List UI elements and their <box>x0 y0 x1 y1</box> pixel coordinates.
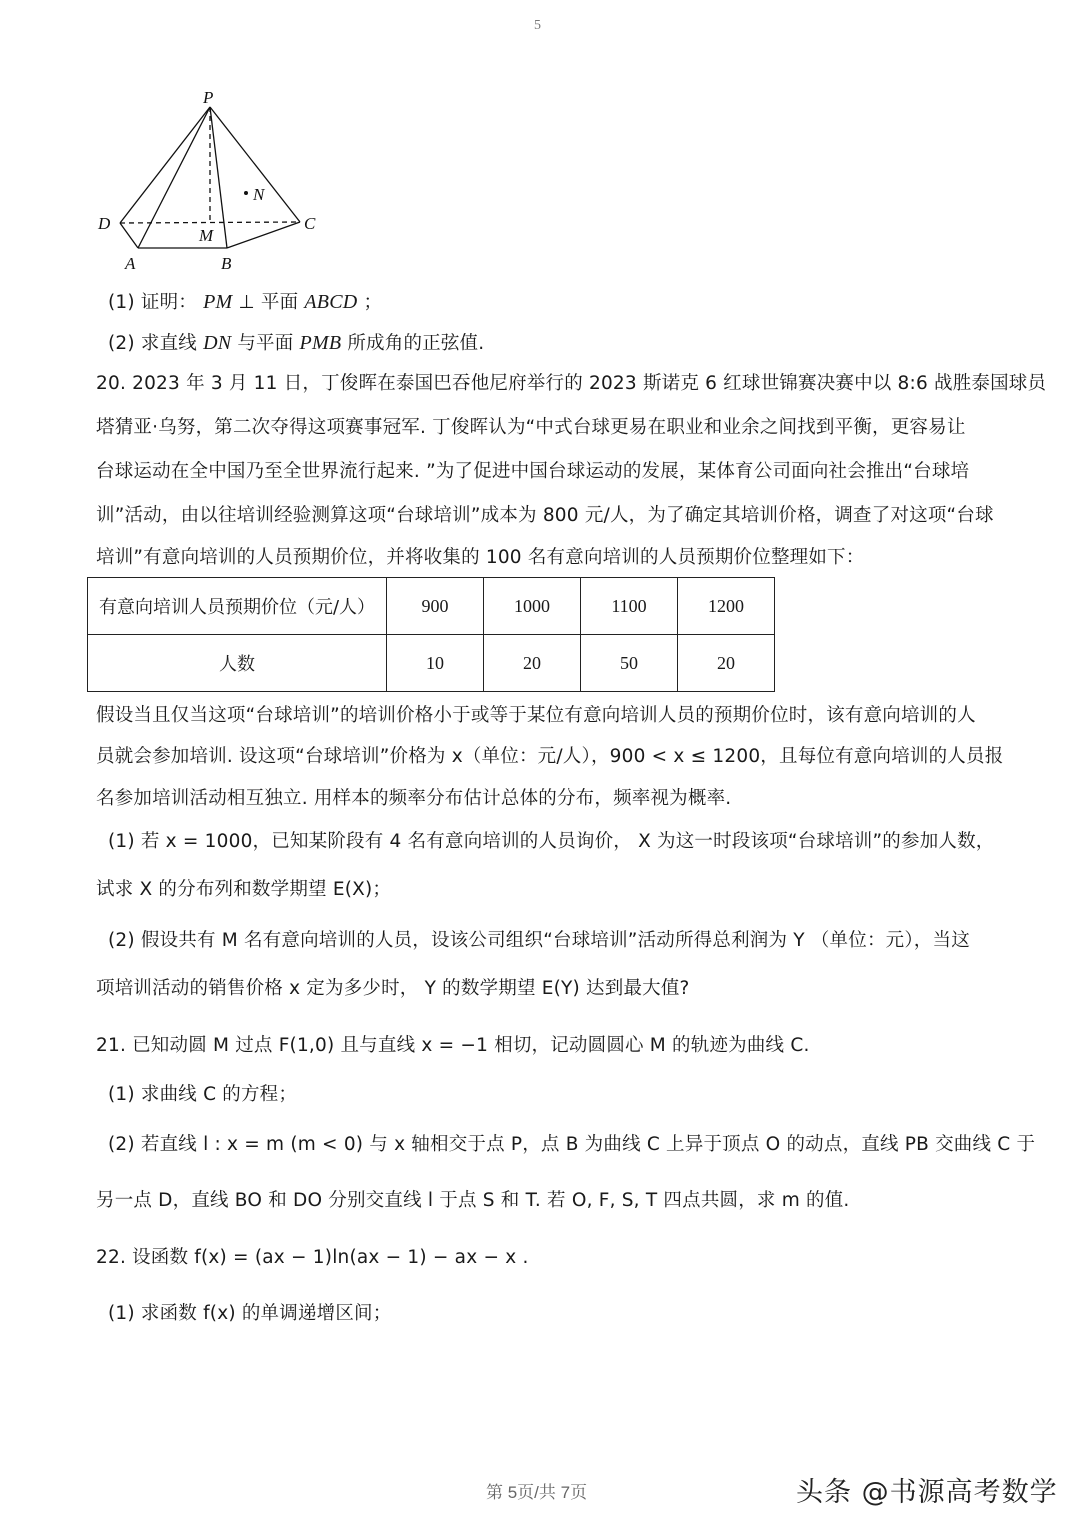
table-cell-count: 20 <box>484 635 581 692</box>
q21-part2-line-1: (2) 若直线 l : x = m (m < 0) 与 x 轴相交于点 P，点 … <box>108 1133 1035 1157</box>
table-row: 人数 10 20 50 20 <box>88 635 775 692</box>
q21-part1: (1) 求曲线 C 的方程； <box>108 1083 297 1107</box>
q20-stem-line-1: 20. 2023 年 3 月 11 日，丁俊晖在泰国巴吞他尼府举行的 2023 … <box>96 372 1046 396</box>
q22-stem: 22. 设函数 f(x) = (ax − 1)ln(ax − 1) − ax −… <box>96 1246 529 1270</box>
q19-part2-math-dn: DN <box>203 332 231 354</box>
q20-stem-line-4: 训”活动，由以往培训经验测算这项“台球培训”成本为 800 元/人，为了确定其培… <box>96 504 994 528</box>
table-header-price: 有意向培训人员预期价位（元/人） <box>88 578 387 635</box>
table-cell-price: 900 <box>387 578 484 635</box>
label-B: B <box>221 254 232 273</box>
q19-part1-suffix: ； <box>363 292 382 313</box>
q21-part2-line-2: 另一点 D，直线 BO 和 DO 分别交直线 l 于点 S 和 T. 若 O, … <box>96 1189 850 1213</box>
label-C: C <box>304 214 316 233</box>
q21-stem: 21. 已知动圆 M 过点 F(1,0) 且与直线 x = −1 相切，记动圆圆… <box>96 1034 810 1058</box>
label-D: D <box>97 214 111 233</box>
label-P: P <box>202 88 213 107</box>
table-cell-price: 1200 <box>678 578 775 635</box>
q19-part2-prefix: (2) 求直线 <box>108 333 203 354</box>
q19-part2-mid: 与平面 <box>237 333 299 354</box>
q20-assumption-line-2: 员就会参加培训. 设这项“台球培训”价格为 x（单位：元/人），900 < x … <box>96 745 1003 769</box>
q20-part2-line-1: (2) 假设共有 M 名有意向培训的人员，设该公司组织“台球培训”活动所得总利润… <box>108 929 970 953</box>
q19-part2-suffix: 所成角的正弦值. <box>347 333 484 354</box>
q22-part1: (1) 求函数 f(x) 的单调递增区间； <box>108 1302 391 1326</box>
header-page-number: 5 <box>534 18 541 34</box>
q20-assumption-line-1: 假设当且仅当这项“台球培训”的培训价格小于或等于某位有意向培训人员的预期价位时，… <box>96 704 976 728</box>
q20-part1-line-2: 试求 X 的分布列和数学期望 E(X)； <box>96 878 391 902</box>
label-N: N <box>252 185 266 204</box>
q19-part2: (2) 求直线 DN 与平面 PMB 所成角的正弦值. <box>108 331 484 356</box>
q20-part1-line-1: (1) 若 x = 1000，已知某阶段有 4 名有意向培训的人员询价， X 为… <box>108 830 995 854</box>
q20-stem-line-3: 台球运动在全中国乃至全世界流行起来. ”为了促进中国台球运动的发展，某体育公司面… <box>96 460 969 484</box>
table-header-count: 人数 <box>88 635 387 692</box>
label-M: M <box>198 226 214 245</box>
q20-assumption-line-3: 名参加培训活动相互独立. 用样本的频率分布估计总体的分布，频率视为概率. <box>96 787 731 811</box>
footer-page-indicator: 第 5页/共 7页 <box>486 1478 587 1503</box>
q19-part1-mid: ⊥ 平面 <box>238 292 304 313</box>
watermark: 头条 @书源高考数学 <box>796 1470 1058 1509</box>
pyramid-diagram-icon: P N D C M A B <box>92 88 332 278</box>
table-cell-price: 1100 <box>581 578 678 635</box>
q20-stem-line-2: 塔猜亚·乌努，第二次夺得这项赛事冠军. 丁俊晖认为“中式台球更易在职业和业余之间… <box>96 416 966 440</box>
table-cell-count: 50 <box>581 635 678 692</box>
q19-part1-math-pm: PM <box>203 291 232 313</box>
q19-part2-math-pmb: PMB <box>300 332 342 354</box>
q19-part1: (1) 证明： PM ⊥ 平面 ABCD ； <box>108 290 382 315</box>
table-row: 有意向培训人员预期价位（元/人） 900 1000 1100 1200 <box>88 578 775 635</box>
q20-part2-line-2: 项培训活动的销售价格 x 定为多少时， Y 的数学期望 E(Y) 达到最大值? <box>96 977 690 1001</box>
q19-part1-math-abcd: ABCD <box>304 291 357 313</box>
table-cell-price: 1000 <box>484 578 581 635</box>
pyramid-figure: P N D C M A B <box>92 88 332 278</box>
q20-stem-line-5: 培训”有意向培训的人员预期价位，并将收集的 100 名有意向培训的人员预期价位整… <box>96 546 864 570</box>
table-cell-count: 10 <box>387 635 484 692</box>
table-cell-count: 20 <box>678 635 775 692</box>
label-A: A <box>124 254 136 273</box>
q19-part1-prefix: (1) 证明： <box>108 292 197 313</box>
price-survey-table: 有意向培训人员预期价位（元/人） 900 1000 1100 1200 人数 1… <box>87 577 775 692</box>
